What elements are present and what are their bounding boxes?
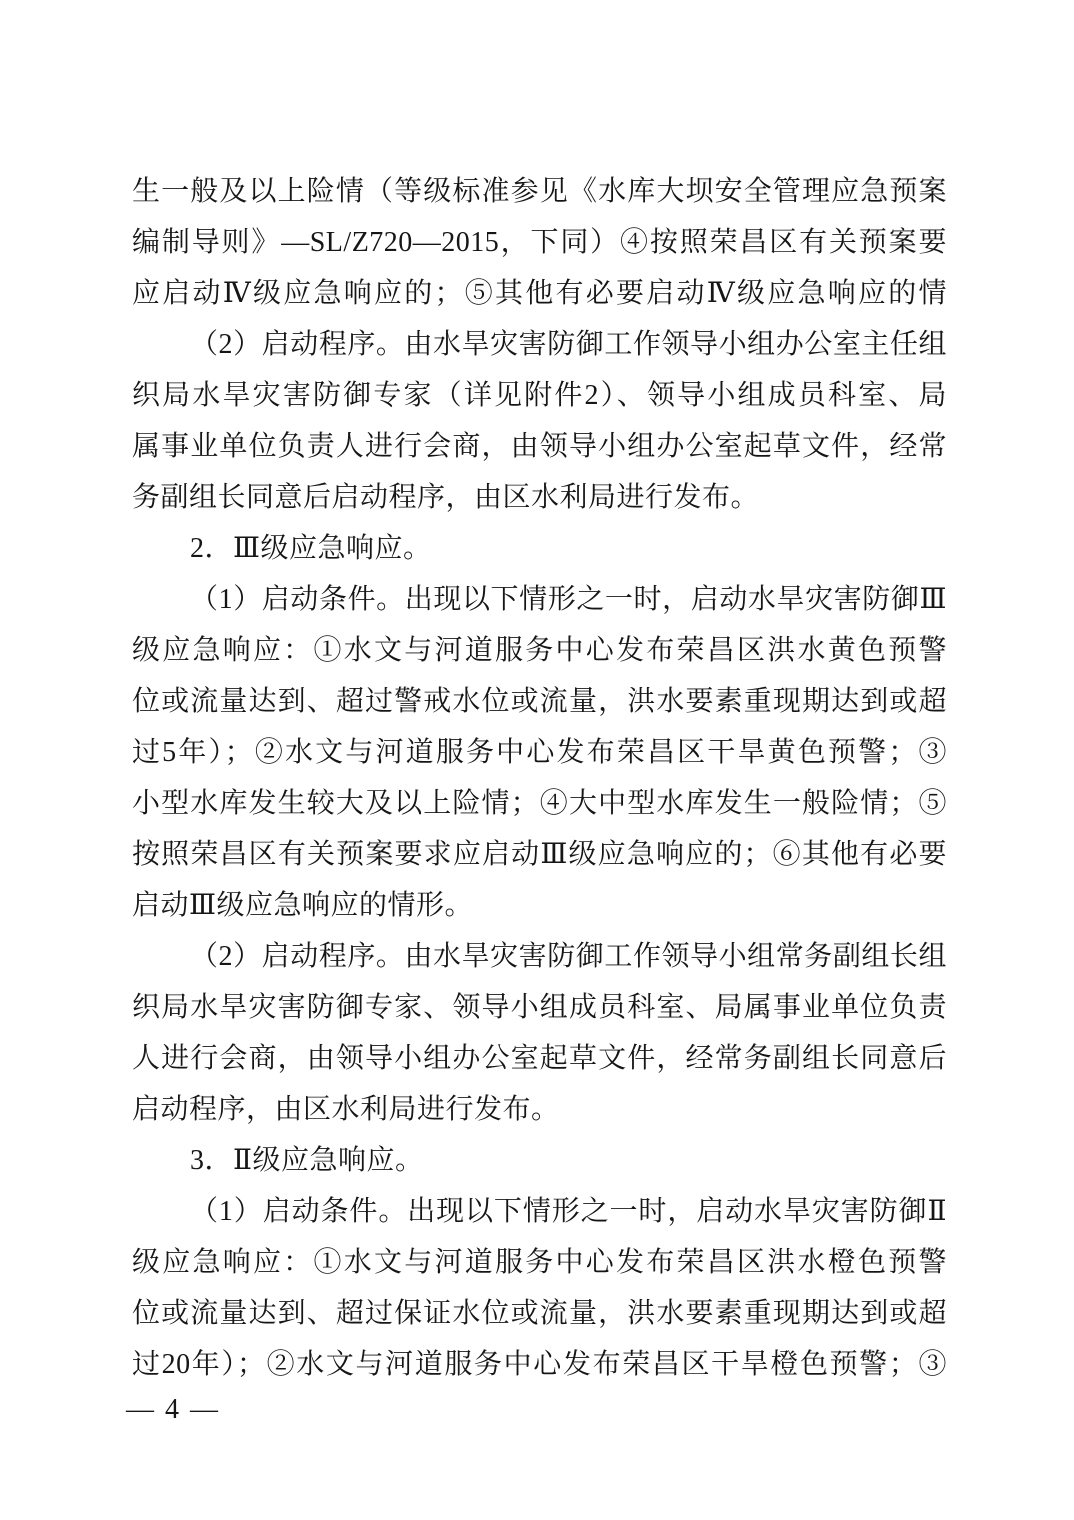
document-body: 生一般及以上险情（等级标准参见《水库大坝安全管理应急预案编制导则》—SL/Z72… — [132, 166, 947, 1390]
text-line: 级应急响应：①水文与河道服务中心发布荣昌区洪水黄色预警（水 — [132, 625, 947, 676]
text-line: 编制导则》—SL/Z720—2015，下同）④按照荣昌区有关预案要求 — [132, 217, 947, 268]
text-line: 人进行会商，由领导小组办公室起草文件，经常务副组长同意后 — [132, 1033, 947, 1084]
text-line: （2）启动程序。由水旱灾害防御工作领导小组办公室主任组 — [132, 319, 947, 370]
page-number: — 4 — — [126, 1392, 220, 1428]
text-line: 过20年）；②水文与河道服务中心发布荣昌区干旱橙色预警；③ — [132, 1339, 947, 1390]
text-line: 2．Ⅲ级应急响应。 — [132, 523, 947, 574]
text-line: 小型水库发生较大及以上险情；④大中型水库发生一般险情；⑤ — [132, 778, 947, 829]
text-line: 启动程序，由区水利局进行发布。 — [132, 1084, 947, 1135]
text-line: 生一般及以上险情（等级标准参见《水库大坝安全管理应急预案 — [132, 166, 947, 217]
text-line: 位或流量达到、超过保证水位或流量，洪水要素重现期达到或超 — [132, 1288, 947, 1339]
text-line: 3．Ⅱ级应急响应。 — [132, 1135, 947, 1186]
text-line: （1）启动条件。出现以下情形之一时，启动水旱灾害防御Ⅱ — [132, 1186, 947, 1237]
text-line: 织局水旱灾害防御专家、领导小组成员科室、局属事业单位负责 — [132, 982, 947, 1033]
text-line: 属事业单位负责人进行会商，由领导小组办公室起草文件，经常 — [132, 421, 947, 472]
text-line: 启动Ⅲ级应急响应的情形。 — [132, 880, 947, 931]
text-line: 级应急响应：①水文与河道服务中心发布荣昌区洪水橙色预警（水 — [132, 1237, 947, 1288]
text-line: 应启动Ⅳ级应急响应的；⑤其他有必要启动Ⅳ级应急响应的情形。 — [132, 268, 947, 319]
text-line: 务副组长同意后启动程序，由区水利局进行发布。 — [132, 472, 947, 523]
text-line: 过5年）；②水文与河道服务中心发布荣昌区干旱黄色预警；③ — [132, 727, 947, 778]
document-page: 生一般及以上险情（等级标准参见《水库大坝安全管理应急预案编制导则》—SL/Z72… — [0, 0, 1074, 1520]
text-line: 织局水旱灾害防御专家（详见附件2）、领导小组成员科室、局 — [132, 370, 947, 421]
text-line: 按照荣昌区有关预案要求应启动Ⅲ级应急响应的；⑥其他有必要 — [132, 829, 947, 880]
text-line: 位或流量达到、超过警戒水位或流量，洪水要素重现期达到或超 — [132, 676, 947, 727]
text-line: （1）启动条件。出现以下情形之一时，启动水旱灾害防御Ⅲ — [132, 574, 947, 625]
text-line: （2）启动程序。由水旱灾害防御工作领导小组常务副组长组 — [132, 931, 947, 982]
